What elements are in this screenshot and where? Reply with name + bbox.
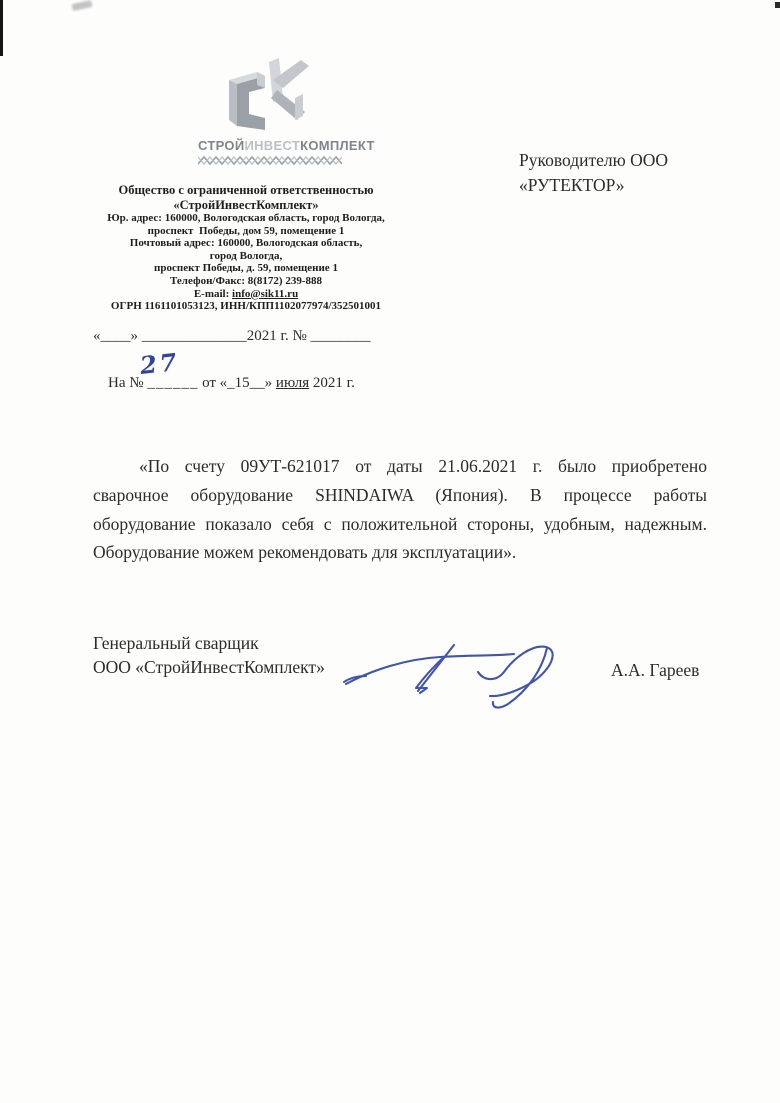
company-line: город Вологда, (84, 250, 408, 263)
body-line: сварочное оборудование SHINDAIWA (Япония… (93, 481, 707, 510)
company-phone: Телефон/Факс: 8(8172) 239-888 (84, 275, 408, 288)
company-line: Почтовый адрес: 160000, Вологодская обла… (84, 237, 408, 250)
logo-cube-icon (207, 54, 319, 136)
letter-body: «По счету 09УТ-621017 от даты 21.06.2021… (93, 452, 707, 567)
ref-suffix: 2021 г. (309, 375, 355, 391)
scan-artifact-smudge (71, 0, 92, 11)
body-line: оборудование показало себя с положительн… (93, 510, 707, 539)
wordmark-part-1: СТРОЙ (198, 138, 244, 153)
company-line: проспект Победы, дом 59, помещение 1 (84, 225, 408, 238)
company-logo: СТРОЙИНВЕСТКОМПЛЕКТ (198, 54, 328, 171)
company-ogrn-inn: ОГРН 1161101053123, ИНН/КПП1102077974/35… (84, 300, 408, 313)
reference-block: «____» ______________2021 г. № ________ … (93, 328, 493, 409)
scan-artifact-corner (775, 2, 780, 8)
company-requisites: Общество с ограниченной ответственностью… (84, 183, 408, 313)
ref-month: июля (276, 375, 309, 391)
incoming-number-line: На № ______27 от «_15__» июля 2021 г. (93, 358, 493, 409)
signatory-name: А.А. Гареев (611, 660, 699, 681)
logo-ornament-zigzag (198, 155, 342, 166)
wordmark-part-3: КОМПЛЕКТ (300, 138, 375, 153)
company-line: проспект Победы, д. 59, помещение 1 (84, 262, 408, 275)
email-label: E-mail: (194, 288, 232, 300)
company-line: Общество с ограниченной ответственностью (84, 183, 408, 198)
body-line: «По счету 09УТ-621017 от даты 21.06.2021… (93, 452, 707, 481)
company-email-line: E-mail: info@sik11.ru (84, 288, 408, 301)
company-name: «СтройИнвестКомплект» (84, 198, 408, 213)
body-line: Оборудование можем рекомендовать для экс… (93, 538, 707, 567)
handwritten-number: 27 (139, 347, 181, 380)
handwritten-signature (336, 630, 588, 712)
ref-middle: от «_15__» (198, 375, 276, 391)
scanned-letter-page: { "letterhead": { "logo": { "mark": "sik… (0, 0, 780, 1103)
recipient-line-1: Руководителю ООО (519, 148, 749, 173)
outgoing-number-line: «____» ______________2021 г. № ________ (93, 328, 493, 345)
recipient-line-2: «РУТЕКТОР» (519, 173, 749, 198)
recipient-block: Руководителю ООО «РУТЕКТОР» (519, 148, 749, 198)
logo-wordmark: СТРОЙИНВЕСТКОМПЛЕКТ (198, 138, 328, 153)
email-address: info@sik11.ru (232, 288, 298, 300)
scan-artifact-left-strip (0, 0, 3, 56)
company-line: Юр. адрес: 160000, Вологодская область, … (84, 212, 408, 225)
wordmark-part-2: ИНВЕСТ (244, 138, 300, 153)
